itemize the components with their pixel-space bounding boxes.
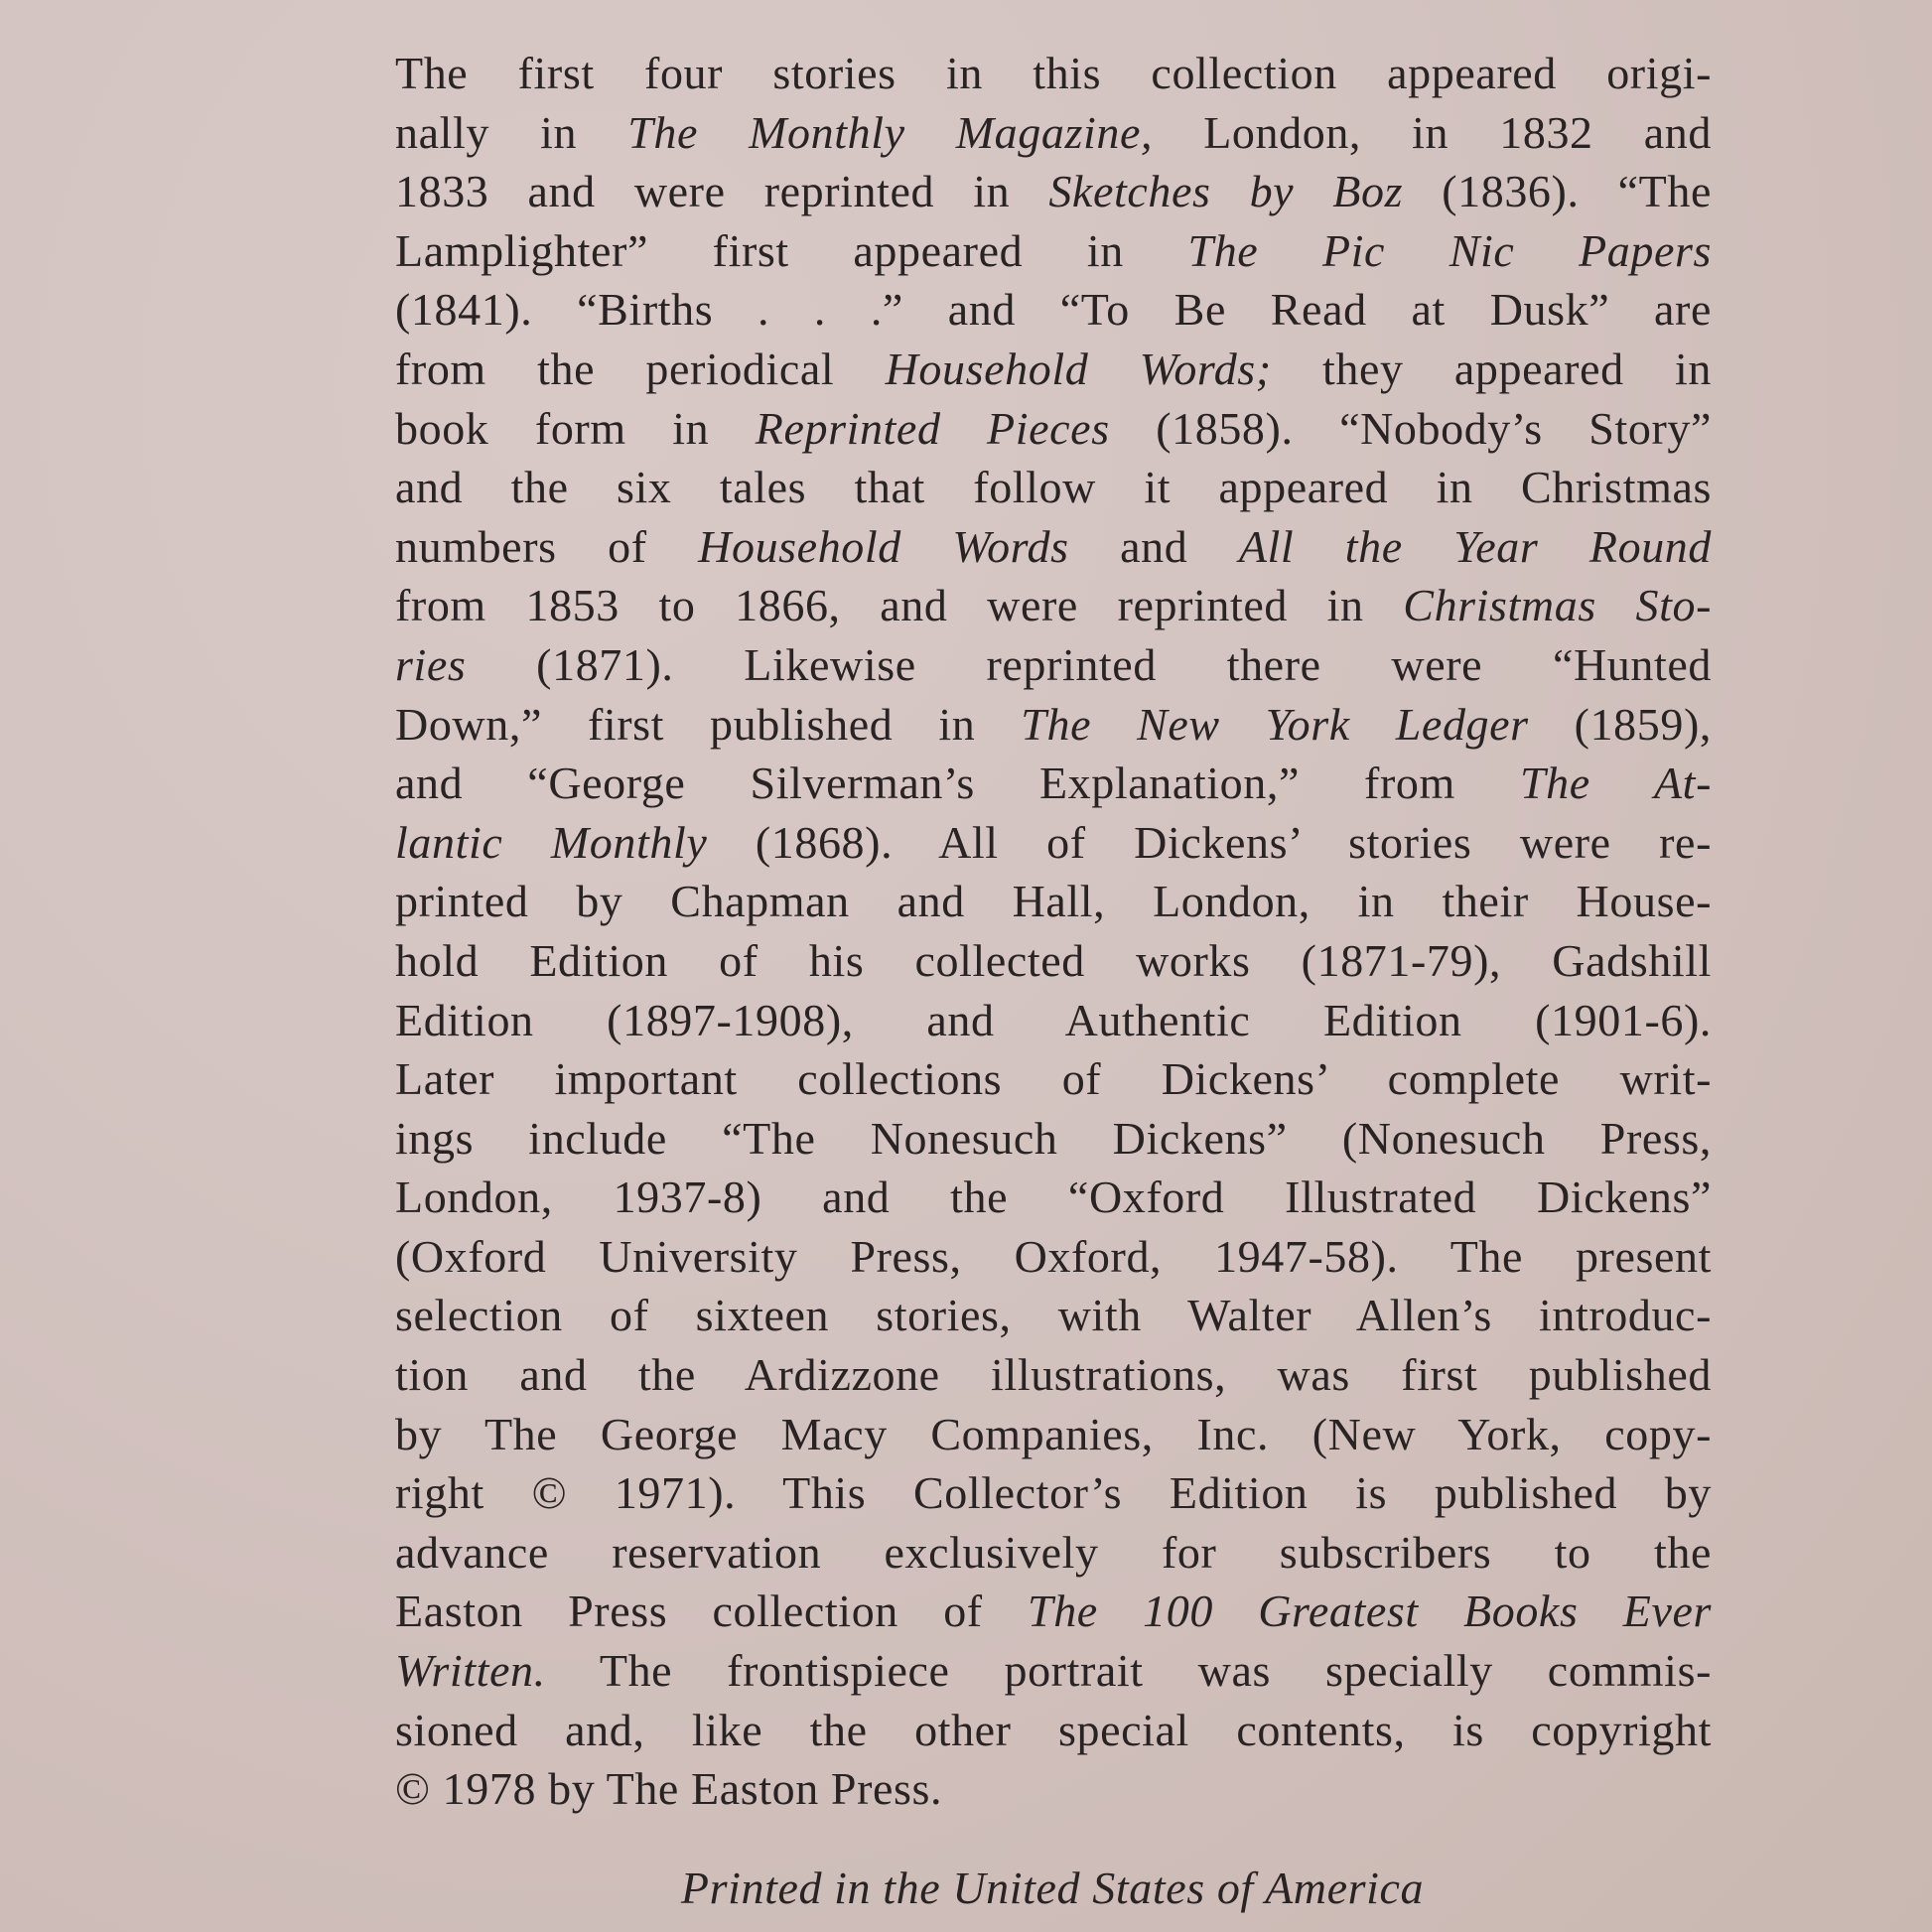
- text-run: nally in: [395, 107, 627, 158]
- text-run: right © 1971). This Collector’s Edition …: [395, 1467, 1712, 1518]
- text-line: from the periodical Household Words; the…: [395, 340, 1712, 399]
- text-line: numbers of Household Words and All the Y…: [395, 517, 1712, 577]
- text-line: lantic Monthly (1868). All of Dickens’ s…: [395, 813, 1712, 873]
- text-line: tion and the Ardizzone illustrations, wa…: [395, 1345, 1712, 1405]
- text-line: Easton Press collection of The 100 Great…: [395, 1582, 1712, 1641]
- text-line: selection of sixteen stories, with Walte…: [395, 1286, 1712, 1345]
- text-run: London, in 1832 and: [1153, 107, 1712, 158]
- italic-title: Household Words;: [886, 344, 1272, 394]
- text-run: (1836). “The: [1403, 166, 1712, 216]
- text-line: London, 1937-8) and the “Oxford Illustra…: [395, 1168, 1712, 1227]
- text-line: and “George Silverman’s Explanation,” fr…: [395, 754, 1712, 813]
- text-line: © 1978 by The Easton Press.: [395, 1759, 1712, 1819]
- text-run: printed by Chapman and Hall, London, in …: [395, 876, 1712, 926]
- text-run: selection of sixteen stories, with Walte…: [395, 1290, 1712, 1340]
- text-run: (1841). “Births . . .” and “To Be Read a…: [395, 284, 1712, 335]
- italic-title: Christmas Sto-: [1403, 580, 1712, 630]
- text-line: book form in Reprinted Pieces (1858). “N…: [395, 399, 1712, 459]
- text-run: ings include “The Nonesuch Dickens” (Non…: [395, 1113, 1712, 1164]
- text-run: from 1853 to 1866, and were reprinted in: [395, 580, 1403, 630]
- italic-title: Sketches by Boz: [1048, 166, 1403, 216]
- text-run: from the periodical: [395, 344, 886, 394]
- italic-title: ries: [395, 639, 466, 690]
- italic-title: The At-: [1520, 758, 1712, 808]
- text-run: (1871). Likewise reprinted there were “H…: [466, 639, 1712, 690]
- text-run: (1858). “Nobody’s Story”: [1110, 403, 1712, 454]
- colophon-paragraph: The first four stories in this collectio…: [395, 44, 1712, 1819]
- text-run: hold Edition of his collected works (187…: [395, 935, 1712, 986]
- text-line: sioned and, like the other special conte…: [395, 1701, 1712, 1760]
- italic-title: lantic Monthly: [395, 817, 707, 868]
- text-line: (1841). “Births . . .” and “To Be Read a…: [395, 280, 1712, 340]
- text-line: 1833 and were reprinted in Sketches by B…: [395, 162, 1712, 221]
- italic-title: The Monthly Magazine,: [627, 107, 1153, 158]
- text-run: The first four stories in this collectio…: [395, 48, 1712, 98]
- italic-title: The Pic Nic Papers: [1188, 225, 1712, 276]
- text-run: (1859),: [1529, 699, 1712, 750]
- text-line: and the six tales that follow it appeare…: [395, 458, 1712, 517]
- text-run: sioned and, like the other special conte…: [395, 1705, 1712, 1755]
- text-run: advance reservation exclusively for subs…: [395, 1527, 1712, 1578]
- text-run: (1868). All of Dickens’ stories were re-: [707, 817, 1712, 868]
- text-run: and “George Silverman’s Explanation,” fr…: [395, 758, 1520, 808]
- text-line: The first four stories in this collectio…: [395, 44, 1712, 103]
- text-run: tion and the Ardizzone illustrations, wa…: [395, 1349, 1712, 1400]
- text-line: advance reservation exclusively for subs…: [395, 1523, 1712, 1583]
- text-run: and the six tales that follow it appeare…: [395, 462, 1712, 512]
- text-run: Down,” first published in: [395, 699, 1021, 750]
- text-line: Down,” first published in The New York L…: [395, 695, 1712, 755]
- text-line: by The George Macy Companies, Inc. (New …: [395, 1405, 1712, 1464]
- text-run: The frontispiece portrait was specially …: [546, 1645, 1712, 1696]
- text-line: Edition (1897-1908), and Authentic Editi…: [395, 991, 1712, 1050]
- text-line: ries (1871). Likewise reprinted there we…: [395, 635, 1712, 695]
- text-run: numbers of: [395, 521, 698, 572]
- italic-title: Household Words: [698, 521, 1068, 572]
- italic-title: The New York Ledger: [1021, 699, 1528, 750]
- printed-in-footer: Printed in the United States of America: [0, 1862, 1932, 1914]
- text-line: printed by Chapman and Hall, London, in …: [395, 872, 1712, 931]
- italic-title: Written.: [395, 1645, 546, 1696]
- text-line: right © 1971). This Collector’s Edition …: [395, 1463, 1712, 1523]
- text-run: Easton Press collection of: [395, 1586, 1028, 1636]
- text-run: book form in: [395, 403, 756, 454]
- text-run: by The George Macy Companies, Inc. (New …: [395, 1409, 1712, 1459]
- text-run: 1833 and were reprinted in: [395, 166, 1048, 216]
- text-run: © 1978 by The Easton Press.: [395, 1763, 942, 1814]
- italic-title: The 100 Greatest Books Ever: [1028, 1586, 1712, 1636]
- book-page: The first four stories in this collectio…: [0, 0, 1932, 1932]
- text-line: Later important collections of Dickens’ …: [395, 1049, 1712, 1109]
- text-run: Lamplighter” first appeared in: [395, 225, 1188, 276]
- italic-title: All the Year Round: [1239, 521, 1712, 572]
- text-run: they appeared in: [1272, 344, 1712, 394]
- text-line: from 1853 to 1866, and were reprinted in…: [395, 576, 1712, 635]
- text-line: Lamplighter” first appeared in The Pic N…: [395, 221, 1712, 281]
- text-run: London, 1937-8) and the “Oxford Illustra…: [395, 1172, 1712, 1222]
- text-run: Edition (1897-1908), and Authentic Editi…: [395, 995, 1712, 1045]
- text-run: (Oxford University Press, Oxford, 1947-5…: [395, 1231, 1712, 1282]
- text-line: nally in The Monthly Magazine, London, i…: [395, 103, 1712, 163]
- text-line: (Oxford University Press, Oxford, 1947-5…: [395, 1227, 1712, 1287]
- text-line: hold Edition of his collected works (187…: [395, 931, 1712, 991]
- text-line: ings include “The Nonesuch Dickens” (Non…: [395, 1109, 1712, 1169]
- italic-title: Reprinted Pieces: [756, 403, 1110, 454]
- text-run: Later important collections of Dickens’ …: [395, 1053, 1712, 1104]
- text-run: and: [1069, 521, 1239, 572]
- text-line: Written. The frontispiece portrait was s…: [395, 1641, 1712, 1701]
